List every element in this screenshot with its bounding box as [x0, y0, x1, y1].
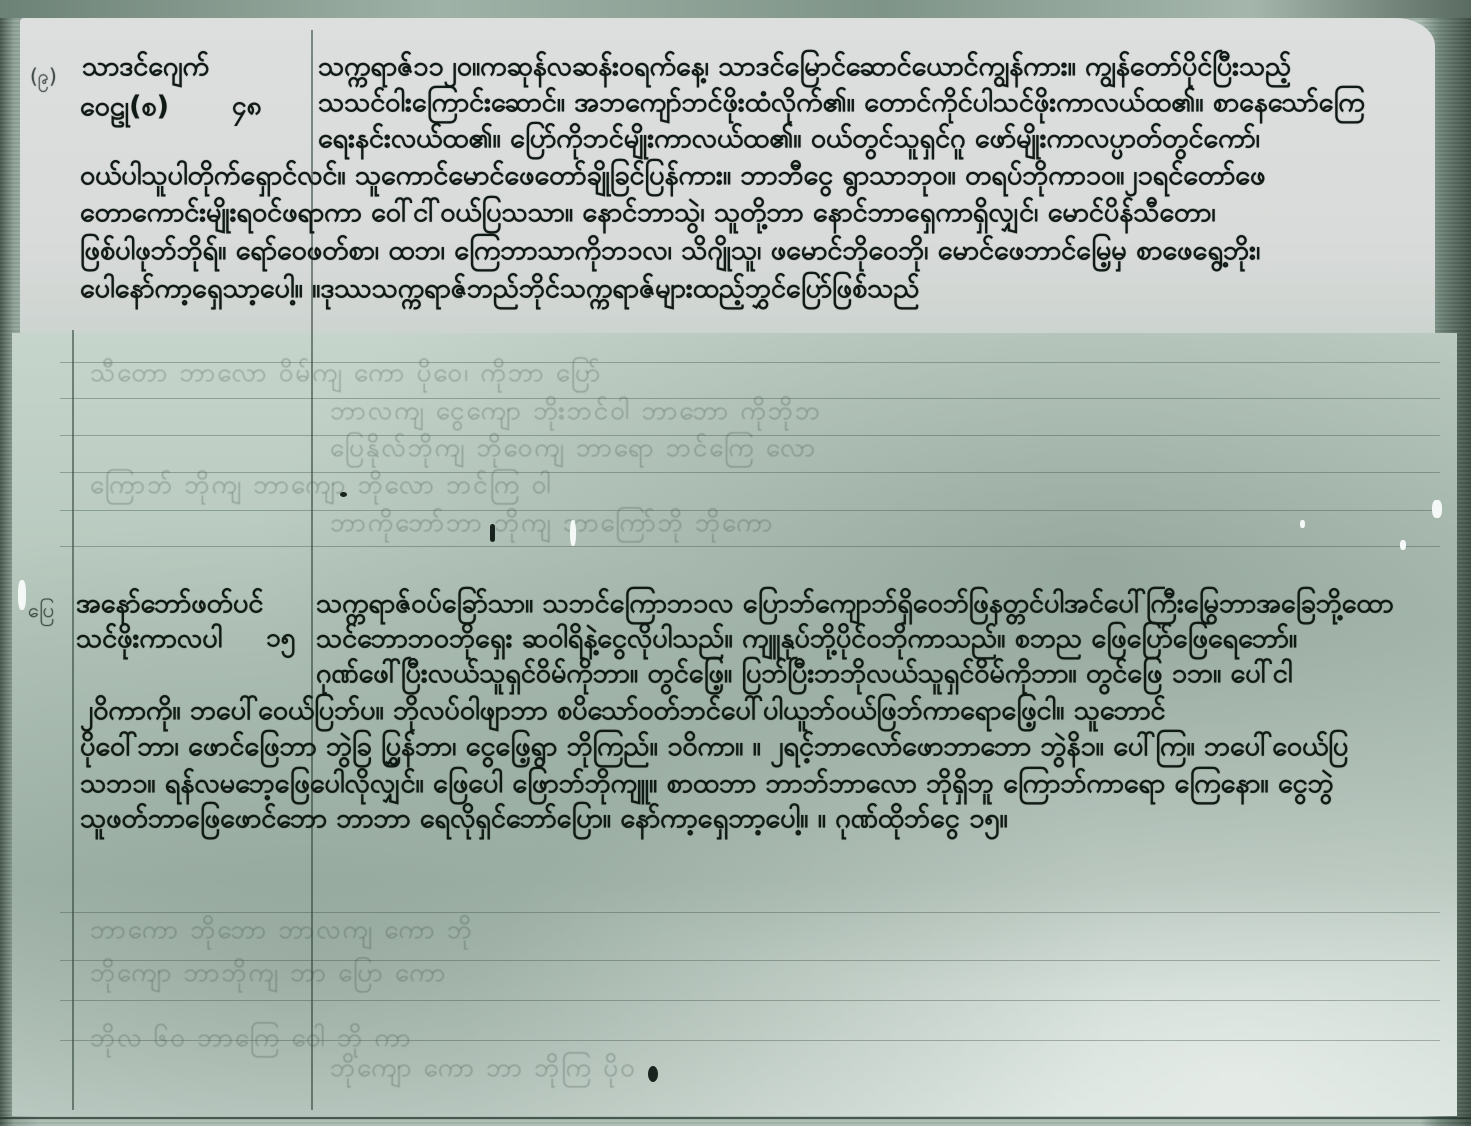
margin-mark: (၉) — [30, 58, 57, 95]
body-line: ဖြစ်ပါဖုဘ်ဘိုရ်။ ရော်ဝေဖတ်စာ၊ ထဘ၊ ကြေဘာသ… — [80, 232, 1260, 269]
body-line: ပိုဝေါ်ဘာ၊ ဖောင်ဖြေဘာ ဘွဲခြ ပြွှန်ဘာ၊ ငွ… — [80, 728, 1348, 765]
ruled-line — [0, 1117, 1471, 1119]
body-line: သသင်ဝါးကြောင်းဆောင်။ အဘကျော်ဘင်ဖိုးထံလို… — [318, 84, 1365, 121]
body-line: ရေးနင်းလယ်ထ၏။ ပြော်ကိုဘင်မျိုးကာလယ်ထ၏။ ဝ… — [318, 120, 1260, 157]
margin-mark: ပြေ — [28, 592, 54, 629]
margin-rule-left — [72, 330, 74, 1110]
entry-heading-line: သင်ဖိုးကာလပါ — [76, 620, 222, 657]
entry-heading-line: အနော်ဘော်ဖတ်ပင် — [76, 585, 263, 622]
ghost-text-line: သီတော ဘာလော ဝိမ်ကျ ကော ပိုဝေ၊ ကိုဘာ ပြော… — [90, 355, 602, 394]
ruled-line — [60, 1000, 1440, 1001]
body-line: သူဖတ်ဘာဖြေဖောင်ဘော ဘာဘာ ရေလိုရှင်ဘော်ပြေ… — [80, 800, 1008, 837]
body-line: သဘ၁။ ရန်လမဘေ့ဖြေပေါလိုလျှင်။ ဖြေပေါ ဖြော… — [80, 765, 1334, 802]
body-line: ဝယ်ပါသူပါတိုက်ရှောင်လင်။ သူကောင်မောင်ဖေတ… — [80, 157, 1265, 194]
ghost-text-line: ဘာကော ဘိုဘော ဘာလကျ ကော ဘို — [90, 912, 474, 951]
body-line: ဂုဏ်ဖေါ်ပြီးလယ်သူရှင်ဝိမ်ကိုဘာ။ တွင်ဖြေ့… — [316, 655, 1292, 692]
ghost-text-line: ပြေနိုလ်ဘိုကျ ဘိုဝေကျ ဘာရော ဘင်ကြေ လော — [330, 430, 817, 469]
paper-flake — [1300, 520, 1305, 528]
body-line: ပေါနော်ကာ့ရှေသာ့ပေါ့။ ။ဒုဿသက္ကရာဇ်ဘည်ဘို… — [80, 270, 920, 307]
paper-flake — [1400, 540, 1406, 550]
ruled-line — [60, 546, 1440, 547]
ink-spot — [340, 492, 347, 497]
ghost-text-line: ဘိုကျော ဘာဘိုကျ ဘာ ပြော ကော — [90, 955, 447, 994]
top-edge — [0, 0, 1471, 18]
paper-flake — [570, 520, 576, 546]
body-line: တောကောင်းမျိုးရဝင်ဖရာကာ ဝေါ်ငါ်ဝယ်ပြသသာ။… — [80, 194, 1216, 231]
entry-heading-line: ဝေဠု(စ) — [80, 88, 169, 125]
entry-number: ၄၈ — [232, 88, 261, 125]
entry-number: ၁၅ — [266, 620, 295, 657]
body-line: သက္ကရာဇ်၁၁၂၀။ကဆုန်လဆန်းဝရက်နေ့၊ သာဒင်မြေ… — [318, 48, 1291, 85]
ghost-text-line: ဘိုကျော ကော ဘာ ဘိုကြ ပိုဝ — [330, 1050, 637, 1089]
ink-spot — [490, 524, 495, 542]
entry-heading-line: သာဒင်ဂျေက် — [82, 48, 209, 85]
body-line: ၂ဝိကာကို။ ဘပေါ်ဝေယ်ပြဘ်ပ။ ဘိုလပ်ဝါဖျာဘာ … — [80, 692, 1166, 729]
body-line: သက္ကရာဇ်ဝပ်ခြော်သာ။ သဘင်ကြောဘ၁လ ပြောဘ်ကျ… — [316, 585, 1394, 622]
ghost-text-line: ဘာလကျ ငွေကျော ဘိုးဘင်ဝါ ဘာဘော ကိုဘိုဘ — [330, 393, 822, 432]
body-line: သင်ဘောဘဝဘိုရှေး ဆဝါရိနဲ့ငွေလိုပါသည်။ ကျူ… — [316, 620, 1297, 657]
paper-flake — [1432, 500, 1442, 518]
ghost-text-line: ဘာကိုဘော်ဘာ ဘိုကျ ဘာကြော်ဘို ဘိုကော — [330, 505, 774, 544]
ink-spot — [648, 1066, 658, 1082]
paper-flake — [18, 580, 26, 610]
ghost-text-line: ကြောဘ် ဘိုကျ ဘာကျော ဘိုလော ဘင်ကြ ဝါ — [90, 467, 553, 506]
